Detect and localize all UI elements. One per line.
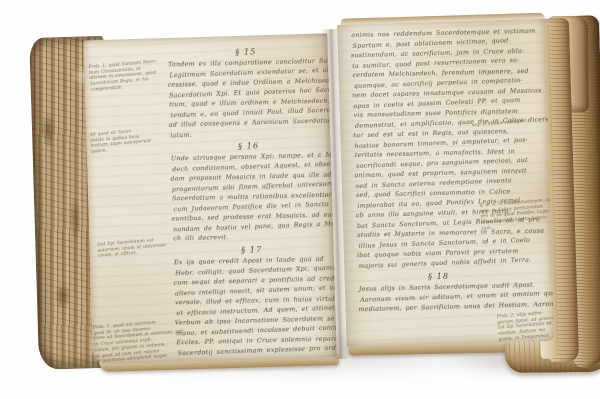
left-page: Prob. 1. quod Sanctum Sacer-tium Christi… [83, 33, 337, 364]
handwriting-section: Unde utriusque persona Xpi: nempe, et c … [171, 150, 330, 245]
margin-note: Prob. 1. quod est aeternumquod M. ab ips… [93, 317, 186, 364]
manuscript-book: Prob. 1. quod Sanctum Sacer-tium Christi… [23, 10, 581, 378]
margin-note: Sed Xpi Sacerdotium estaeternum, unum et… [97, 236, 167, 259]
handwriting-section: Ex ijs quae credit Apost in laude qua ad… [174, 254, 333, 359]
right-page: animis nos reddendum Sacerdotemque et vi… [337, 19, 554, 347]
left-page-text-column: § 15 Tandem ex illa comparatione conclud… [168, 42, 333, 358]
margin-note: q. d. a 7s consummationem claraideo in C… [480, 196, 555, 231]
margin-note: Prob. 1. quod Sanctum Sacer-tium Christi… [88, 58, 159, 92]
handwriting-section: animis nos reddendum Sacerdotemque et vi… [351, 27, 518, 272]
photo-canvas: Prob. 1. quod Sanctum Sacer-tium Christi… [0, 0, 600, 399]
handwriting-section: Tandem ex illa comparatione concluditur … [168, 56, 326, 141]
handwriting-section: Jesus alijs in Sacris Sacerdotumque audi… [359, 281, 520, 316]
margin-note: Ad quod sit Sacer-dotale in quibus locis… [90, 127, 152, 155]
right-page-text-column: animis nos reddendum Sacerdotemque et vi… [351, 27, 519, 316]
